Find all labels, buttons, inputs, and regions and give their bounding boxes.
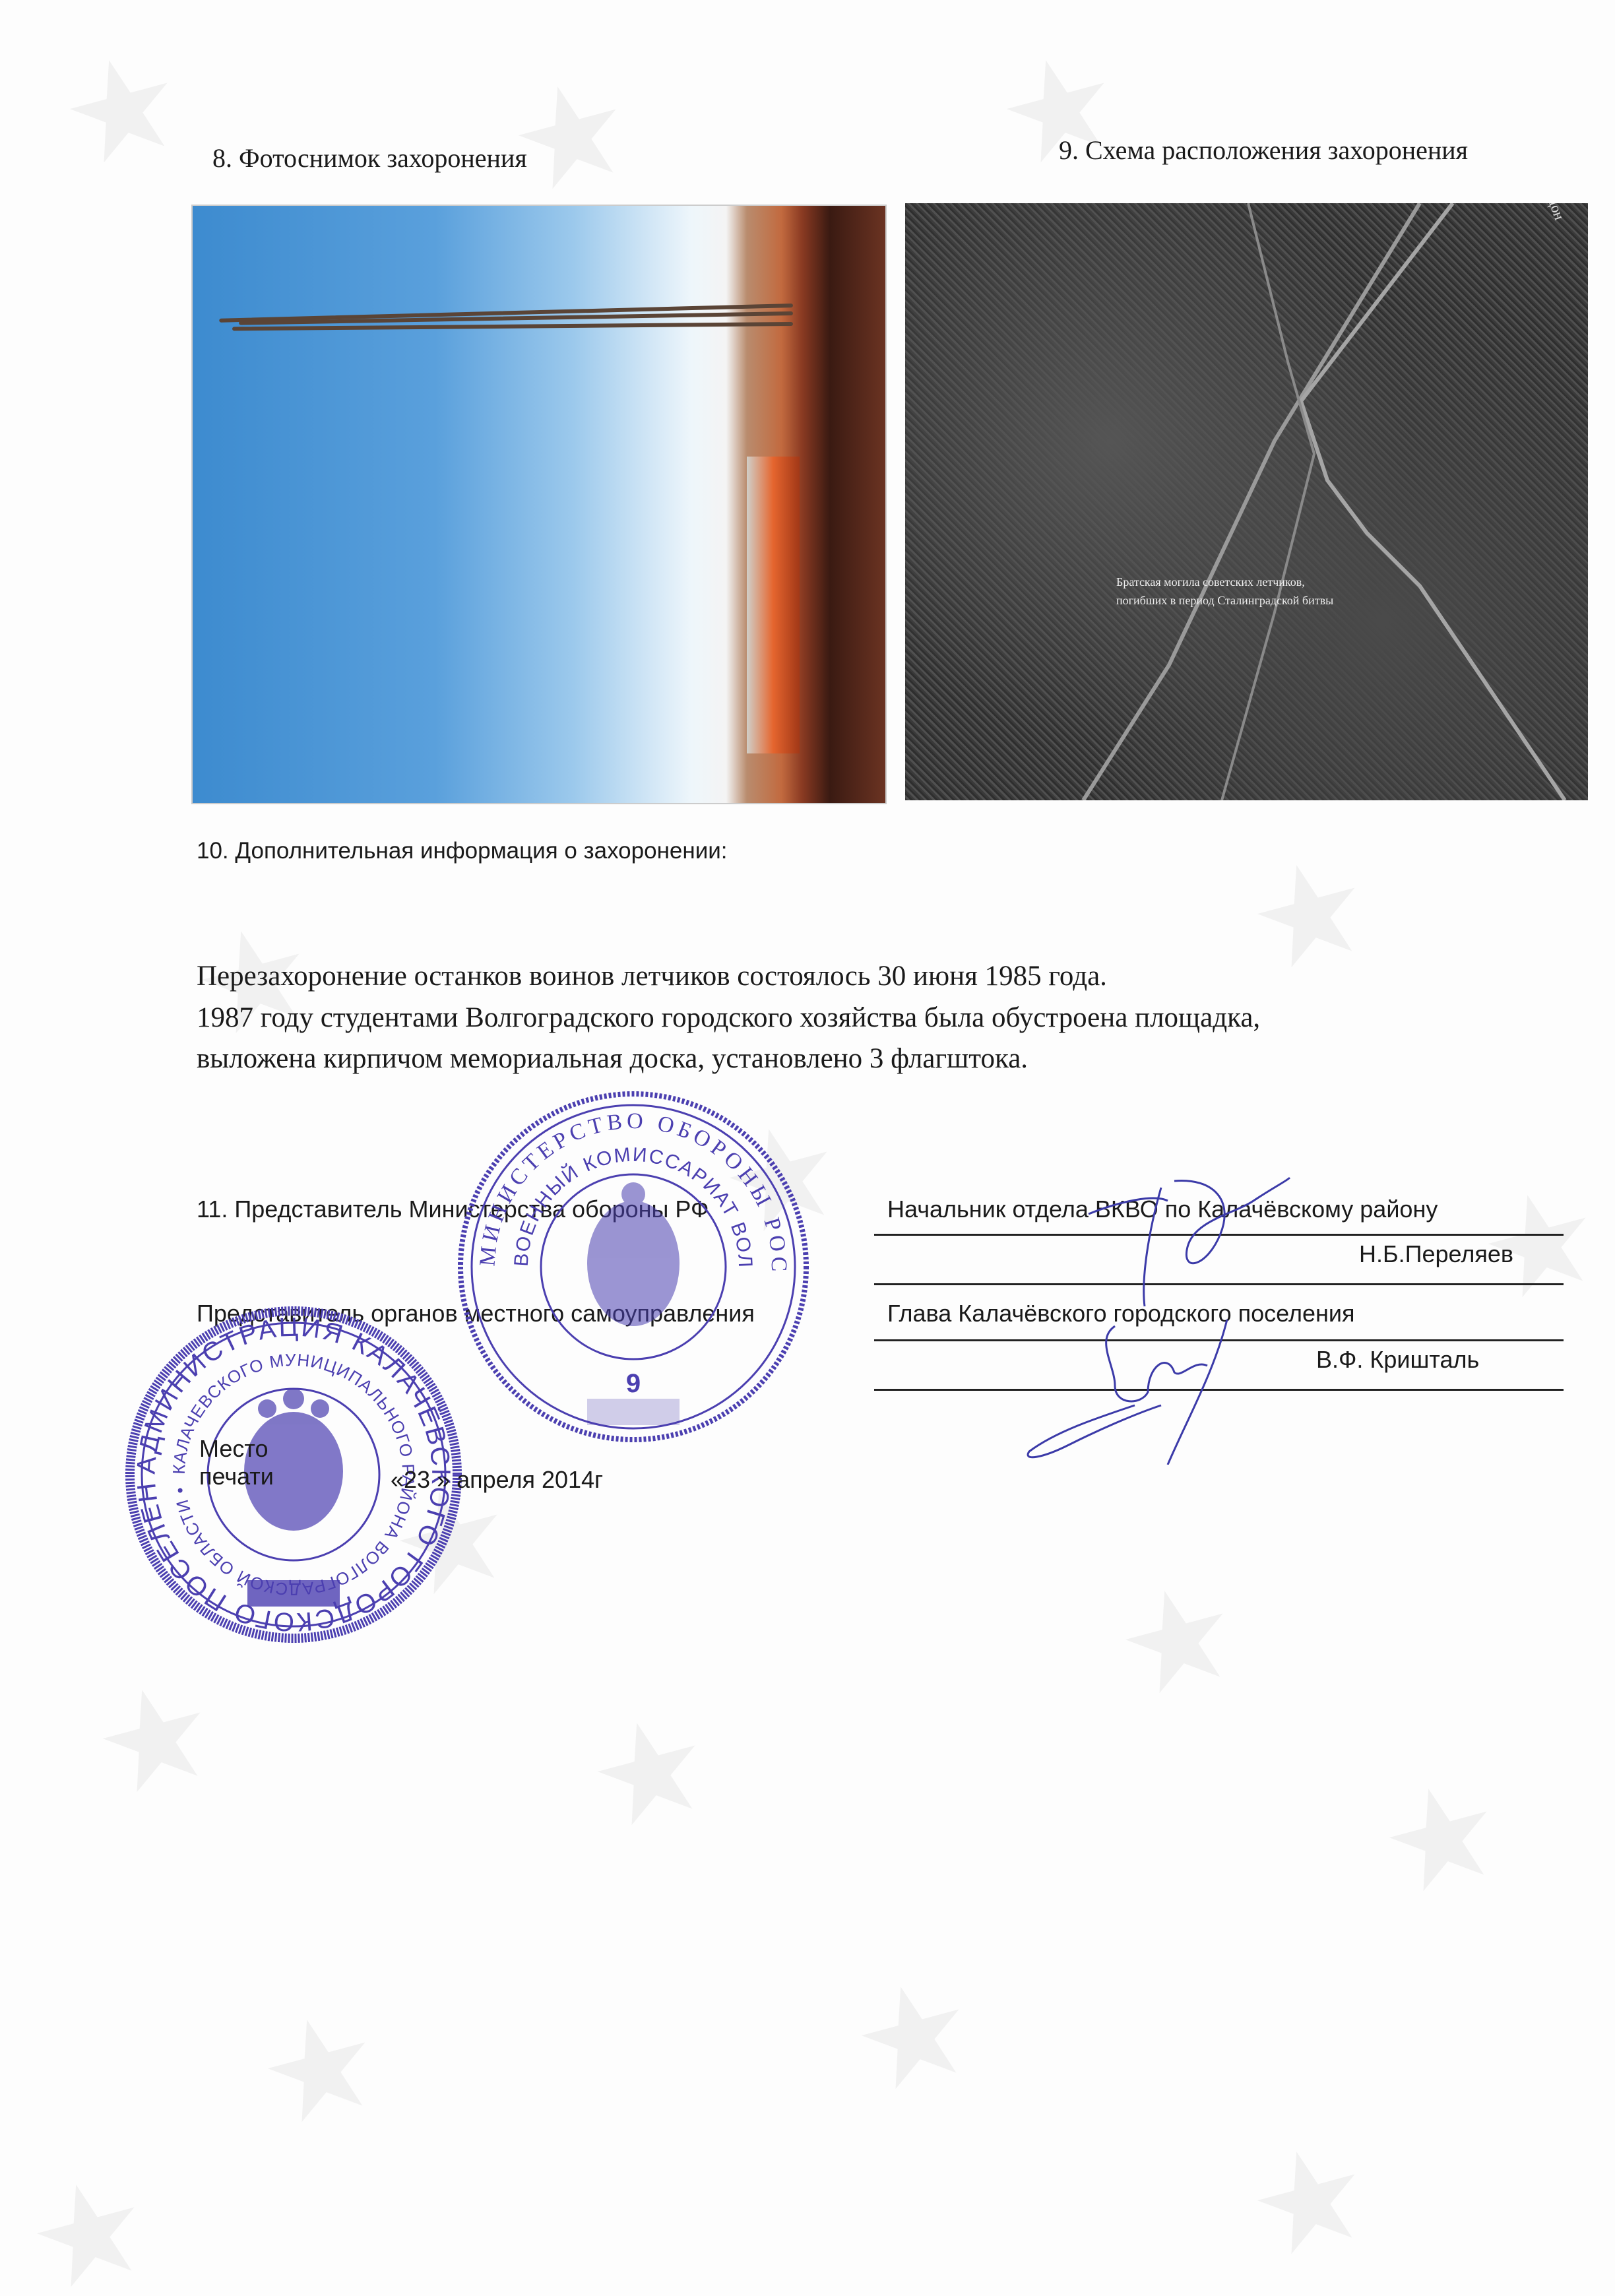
- watermark-star-icon: [594, 1715, 706, 1828]
- photo-caption: 8. Фотоснимок захоронения: [212, 143, 527, 174]
- watermark-star-icon: [66, 53, 178, 165]
- signer1-name: Н.Б.Переляев: [1359, 1240, 1513, 1268]
- additional-info-title: 10. Дополнительная информация о захороне…: [197, 838, 728, 864]
- svg-text:9: 9: [626, 1369, 641, 1398]
- memorial-plaque: [747, 457, 800, 753]
- info-line: выложена кирпичом мемориальная доска, ус…: [197, 1042, 1028, 1075]
- seal-place-label: Место печати: [199, 1435, 278, 1490]
- scheme-caption: 9. Схема расположения захоронения: [1059, 135, 1468, 166]
- watermark-star-icon: [1253, 2144, 1366, 2256]
- burial-photo: [191, 205, 887, 804]
- watermark-star-icon: [1122, 1583, 1234, 1696]
- watermark-star-icon: [515, 79, 627, 191]
- map-roads: [905, 203, 1588, 800]
- signature-pereliaev: [1082, 1174, 1300, 1320]
- watermark-star-icon: [858, 1979, 970, 2091]
- location-map: Братская могила советских летчиков, поги…: [905, 203, 1588, 800]
- signer2-name: В.Ф. Кришталь: [1316, 1346, 1479, 1374]
- watermark-star-icon: [99, 1682, 211, 1795]
- watermark-star-icon: [1253, 858, 1366, 970]
- signature-krishtal: [1016, 1313, 1313, 1465]
- watermark-star-icon: [264, 2012, 376, 2124]
- mod-stamp: МИНИСТЕРСТВО ОБОРОНЫ РОССИЙСКОЙ ФЕДЕРАЦИ…: [449, 1082, 818, 1451]
- watermark-star-icon: [1385, 1781, 1498, 1894]
- watermark-star-icon: [33, 2177, 145, 2289]
- info-line: 1987 году студентами Волгоградского горо…: [197, 1002, 1260, 1034]
- info-line: Перезахоронение останков воинов летчиков…: [197, 960, 1107, 992]
- document-date: «23 » апреля 2014г: [391, 1466, 603, 1494]
- map-burial-label: Братская могила советских летчиков, поги…: [1116, 573, 1354, 610]
